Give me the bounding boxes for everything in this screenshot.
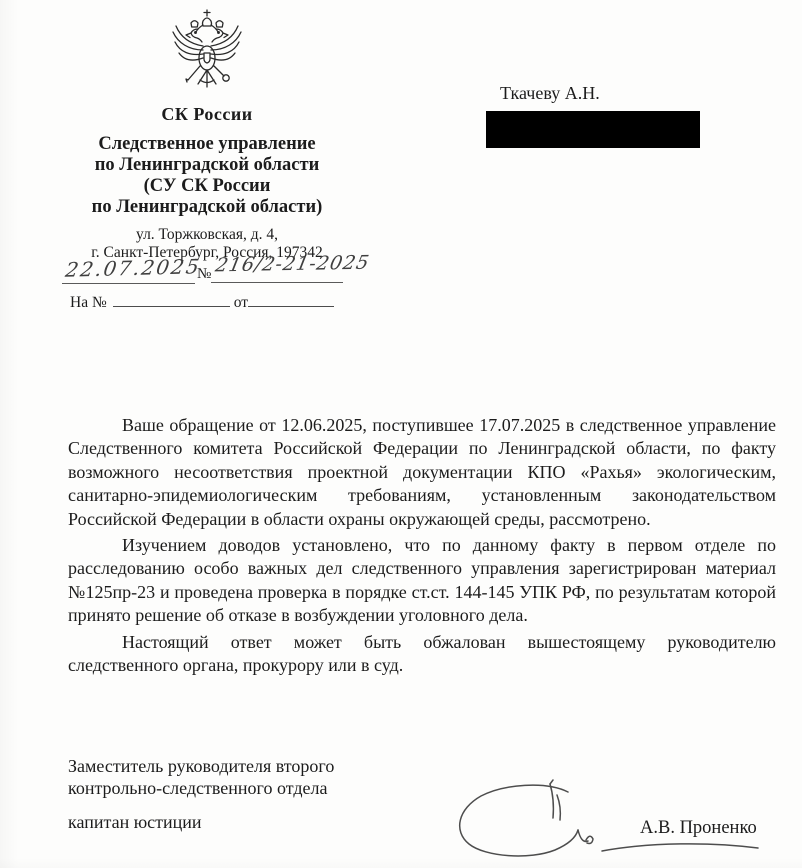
incoming-ref-row: На №от	[70, 292, 334, 312]
signature-block: Заместитель руководителя второго контрол…	[68, 755, 334, 833]
date-underline	[62, 283, 195, 284]
signer-name: А.В. Проненко	[640, 818, 757, 839]
russia-coat-of-arms-icon	[57, 8, 357, 98]
ref-number-blank	[113, 292, 230, 307]
scanned-letter-page: СК России Следственное управление по Лен…	[0, 0, 802, 868]
address-line: ул. Торжковская, д. 4,	[57, 226, 357, 244]
body-paragraph: Изучением доводов установлено, что по да…	[68, 534, 776, 628]
handwritten-date: 22.07.2025	[64, 254, 203, 282]
redaction-box	[486, 111, 700, 148]
number-underline	[211, 282, 343, 283]
ref-label: На №	[70, 294, 107, 311]
org-name-line: по Ленинградской области)	[57, 197, 357, 218]
body-paragraph: Настоящий ответ может быть обжалован выш…	[68, 631, 776, 678]
org-name-line: по Ленинградской области	[57, 155, 357, 176]
org-name-block: Следственное управление по Ленинградской…	[57, 134, 357, 218]
number-sign-label: №	[197, 266, 211, 283]
handwritten-outgoing-number: 216/2-21-2025	[214, 252, 372, 277]
body-paragraph: Ваше обращение от 12.06.2025, поступивше…	[68, 414, 776, 531]
ref-date-blank	[248, 292, 334, 307]
org-name-line: Следственное управление	[57, 134, 357, 155]
recipient-name: Ткачеву А.Н.	[500, 83, 600, 104]
org-short-name: СК России	[57, 104, 357, 125]
signer-rank: капитан юстиции	[68, 811, 334, 833]
signer-position-line: контрольно-следственного отдела	[68, 777, 334, 799]
letterhead: СК России Следственное управление по Лен…	[57, 8, 357, 261]
signer-position-line: Заместитель руководителя второго	[68, 755, 334, 777]
org-name-line: (СУ СК России	[57, 176, 357, 197]
letter-body: Ваше обращение от 12.06.2025, поступивше…	[68, 414, 776, 680]
ref-from-label: от	[234, 294, 248, 311]
